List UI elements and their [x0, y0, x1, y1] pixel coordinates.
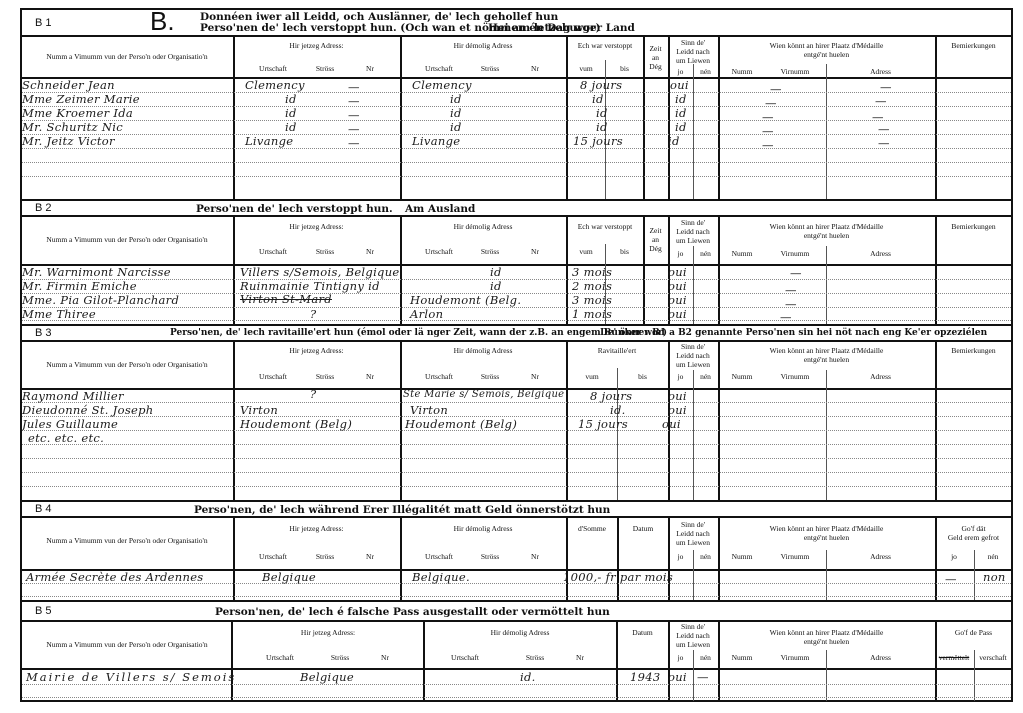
header-virnumm: Virnumm: [770, 249, 820, 258]
header-nr: Nr: [565, 653, 595, 662]
header-current-address: Hir jetzeg Adress:: [233, 628, 423, 637]
header-jo: jo: [668, 249, 693, 258]
header-sinn: Sinn de': [668, 218, 718, 227]
header-hidden: Ech war verstoppt: [567, 41, 643, 50]
col-line: [233, 216, 235, 325]
header-jo: jo: [668, 653, 693, 662]
header-gof-pass: Go'f de Pass: [935, 628, 1012, 637]
header-nr: Nr: [370, 653, 400, 662]
header-medal-2: entgé'nt huelen: [718, 355, 935, 364]
header-vum: vum: [567, 247, 605, 256]
header-nr: Nr: [355, 247, 385, 256]
b3-row-alive-yes: oui: [668, 403, 687, 417]
header-nr: Nr: [520, 552, 550, 561]
header-sinn-leidd: Leidd nach: [668, 529, 718, 538]
col-line: [643, 216, 645, 325]
header-somme: d'Somme: [566, 524, 618, 533]
b2-row-curr: Virton St-Mard: [240, 292, 332, 306]
col-line: [718, 517, 720, 600]
header-medal-2: entgé'nt huelen: [718, 50, 935, 59]
b4-row-money-back-yes: —: [945, 572, 957, 586]
header-vum: vum: [567, 372, 617, 381]
b1-row-alive-yes: oui: [670, 78, 689, 92]
b3-row-prev: Houdemont (Belg): [405, 417, 517, 431]
header-zeit-deg: Dég: [643, 244, 668, 253]
header-sinn: Sinn de': [668, 342, 718, 351]
col-line: [935, 341, 937, 500]
col-line: [423, 621, 425, 701]
b2-row-from: 3 mois: [572, 265, 612, 279]
divider: [20, 620, 1013, 622]
b3-row-alive-yes: oui: [662, 417, 681, 431]
header-hidden: Ech war verstoppt: [567, 222, 643, 231]
header-zeit: Zeit: [643, 44, 668, 53]
header-current-address: Hir jetzeg Adress:: [233, 222, 400, 231]
header-datum: Datum: [617, 628, 668, 637]
b1-row-from: id: [596, 120, 608, 134]
col-line: [616, 621, 618, 701]
b2-row-from: 2 mois: [572, 279, 612, 293]
col-line: [935, 216, 937, 325]
col-line: [693, 650, 694, 701]
header-jo: jo: [668, 552, 693, 561]
header-vum: vum: [567, 64, 605, 73]
b5-row-curr: Belgique: [300, 670, 354, 684]
header-current-address: Hir jetzeg Adress:: [233, 41, 400, 50]
header-numm: Numm: [722, 67, 762, 76]
b1-row-medal-addr: —: [878, 122, 890, 136]
b3-row-curr: Virton: [240, 403, 278, 417]
section-b2-title: Perso'nen de' lech verstoppt hun.: [196, 203, 393, 215]
b1-row-medal-addr: —: [875, 94, 887, 108]
b2-row-curr: Ruinmainie Tintigny id: [240, 279, 380, 293]
header-virnumm: Virnumm: [770, 67, 820, 76]
col-line: [693, 550, 694, 600]
b3-row-name: etc. etc. etc.: [28, 431, 104, 445]
divider: [20, 215, 1013, 217]
header-stross: Ströss: [305, 372, 345, 381]
row-line: [22, 279, 1011, 280]
section-b1-id: B 1: [35, 17, 52, 29]
header-sinn-leidd: Leidd nach: [668, 47, 718, 56]
header-nen: nén: [693, 552, 718, 561]
col-line: [233, 517, 235, 600]
b3-row-curr: ?: [310, 387, 316, 401]
header-name: Numm a Vimumm vun der Perso'n oder Organ…: [22, 52, 232, 61]
b1-row-curr-street: —: [348, 136, 360, 150]
header-stross: Ströss: [470, 552, 510, 561]
header-virnumm: Virnumm: [770, 653, 820, 662]
b4-row-money-back-no: non: [983, 570, 1006, 584]
header-ravitailleert: Ravitaille'ert: [567, 346, 667, 355]
b1-row-curr-town: id: [285, 92, 297, 106]
section-b1-title-suffix: Hei am letzeburger Land: [488, 22, 635, 34]
col-line: [668, 621, 670, 701]
header-name: Numm a Vimumm vun der Perso'n oder Organ…: [22, 235, 232, 244]
header-current-address: Hir jetzeg Adress:: [233, 346, 400, 355]
b2-row-name: Mme Thiree: [22, 307, 96, 321]
section-divider: [20, 324, 1013, 326]
b2-row-medal: —: [780, 310, 792, 324]
header-stross: Ströss: [305, 247, 345, 256]
b1-row-curr-street: —: [348, 80, 360, 94]
b2-row-name: Mme. Pia Gilot-Planchard: [22, 293, 179, 307]
col-line: [693, 64, 694, 200]
b1-row-name: Schneider Jean: [22, 78, 115, 92]
header-stross: Ströss: [305, 64, 345, 73]
col-line: [826, 650, 827, 701]
col-line: [826, 64, 827, 200]
header-stross: Ströss: [470, 247, 510, 256]
header-zeit-an: an: [643, 235, 668, 244]
b3-row-name: Jules Guillaume: [22, 417, 118, 431]
header-zeit-deg: Dég: [643, 62, 668, 71]
col-line: [935, 621, 937, 701]
header-nen: nén: [693, 653, 718, 662]
header-nr: Nr: [520, 64, 550, 73]
b1-row-prev-town: id: [450, 92, 462, 106]
header-nr: Nr: [520, 247, 550, 256]
header-vermettelt: vermëttelt: [935, 653, 973, 662]
header-name: Numm a Vimumm vun der Perso'n oder Organ…: [22, 536, 232, 545]
b1-row-medal-name: —: [762, 138, 774, 152]
b1-row-from: id: [592, 92, 604, 106]
b3-row-prev: Virton: [410, 403, 448, 417]
header-medal-2: entgé'nt huelen: [718, 637, 935, 646]
section-b3-title: Perso'nen, de' lech ravitaille'ert hun (…: [170, 328, 667, 338]
header-zeit-an: an: [643, 53, 668, 62]
header-stross: Ströss: [320, 653, 360, 662]
row-line: [22, 472, 1011, 473]
b1-row-name: Mme Kroemer Ida: [22, 106, 133, 120]
header-sinn-liewen: um Liewen: [668, 538, 718, 547]
col-line: [617, 368, 618, 500]
header-urtschaft: Urtschaft: [248, 247, 298, 256]
col-line: [231, 621, 233, 701]
col-line: [693, 246, 694, 325]
header-remarks: Bemierkungen: [935, 41, 1012, 50]
header-nen: nén: [974, 552, 1012, 561]
b3-row-from: id.: [610, 403, 626, 417]
header-gof-geld-2: Geld erem gefrot: [935, 533, 1012, 542]
b2-row-curr: ?: [310, 307, 316, 321]
col-line: [566, 517, 568, 600]
header-adress: Adress: [826, 67, 935, 76]
header-zeit: Zeit: [643, 226, 668, 235]
row-line: [22, 320, 1011, 321]
header-bis: bis: [606, 247, 643, 256]
row-line: [22, 458, 1011, 459]
b1-row-prev-town: Clemency: [412, 78, 472, 92]
b1-row-prev-town: Livange: [412, 134, 460, 148]
header-medal: Wien könnt an hirer Plaatz d'Médaille: [718, 222, 935, 231]
header-adress: Adress: [826, 372, 935, 381]
b3-row-name: Raymond Millier: [22, 389, 124, 403]
header-urtschaft: Urtschaft: [248, 372, 298, 381]
b1-row-medal-name: —: [770, 82, 782, 96]
col-line: [668, 517, 670, 600]
b2-row-alive-yes: oui: [668, 265, 687, 279]
col-line: [400, 341, 402, 500]
header-urtschaft: Urtschaft: [414, 372, 464, 381]
header-nen: nén: [693, 372, 718, 381]
header-nen: nén: [693, 67, 718, 76]
b2-row-medal: —: [785, 297, 797, 311]
b2-row-prev: id: [490, 265, 502, 279]
header-adress: Adress: [826, 249, 935, 258]
header-adress: Adress: [826, 552, 935, 561]
header-adress: Adress: [826, 653, 935, 662]
b2-row-prev: id: [490, 279, 502, 293]
section-b5-id: B 5: [35, 605, 52, 617]
b1-row-curr-town: id: [285, 106, 297, 120]
b5-row-prev: id.: [520, 670, 536, 684]
header-medal: Wien könnt an hirer Plaatz d'Médaille: [718, 524, 935, 533]
b2-row-curr: Villers s/Semois, Belgique: [240, 265, 400, 279]
row-line: [22, 307, 1011, 308]
header-sinn: Sinn de': [668, 622, 718, 631]
header-sinn: Sinn de': [668, 38, 718, 47]
header-name: Numm a Vimumm vun der Perso'n oder Organ…: [22, 640, 232, 649]
col-line: [826, 550, 827, 600]
b1-row-alive-yes: id: [675, 120, 687, 134]
col-line: [566, 341, 568, 500]
header-sinn-leidd: Leidd nach: [668, 631, 718, 640]
header-numm: Numm: [722, 372, 762, 381]
section-b2-id: B 2: [35, 202, 52, 214]
b2-row-prev: Houdemont (Belg.: [410, 293, 521, 307]
b4-row-prev: Belgique.: [412, 570, 470, 584]
row-line: [22, 176, 1011, 177]
section-divider: [20, 600, 1013, 602]
header-medal: Wien könnt an hirer Plaatz d'Médaille: [718, 41, 935, 50]
row-line: [22, 120, 1011, 121]
header-datum: Datum: [618, 524, 668, 533]
b4-row-name: Armée Secrète des Ardennes: [26, 570, 204, 584]
header-verschaft: verschaft: [974, 653, 1012, 662]
header-bis: bis: [606, 64, 643, 73]
header-nen: nén: [693, 249, 718, 258]
header-stross: Ströss: [470, 372, 510, 381]
section-divider: [20, 500, 1013, 502]
header-sinn-liewen: um Liewen: [668, 640, 718, 649]
divider: [20, 340, 1013, 342]
b1-row-prev-town: id: [450, 120, 462, 134]
b2-row-name: Mr. Firmin Emiche: [22, 279, 137, 293]
col-line: [718, 341, 720, 500]
b2-row-name: Mr. Warnimont Narcisse: [22, 265, 171, 279]
b2-row-from: 1 mois: [572, 307, 612, 321]
section-b4-id: B 4: [35, 503, 52, 515]
col-line: [566, 216, 568, 325]
header-sinn-liewen: um Liewen: [668, 236, 718, 245]
b3-row-alive-yes: oui: [668, 389, 687, 403]
header-nr: Nr: [355, 64, 385, 73]
divider: [20, 516, 1013, 518]
b2-row-from: 3 mois: [572, 293, 612, 307]
b1-row-curr-street: —: [348, 122, 360, 136]
section-b4-title: Perso'nen, de' lech während Erer Illégal…: [194, 504, 610, 516]
header-former-address: Hir démolig Adress: [423, 628, 617, 637]
header-virnumm: Virnumm: [770, 552, 820, 561]
b2-row-medal: —: [790, 266, 802, 280]
b1-row-name: Mr. Schuritz Nic: [22, 120, 123, 134]
b1-row-alive-yes: id: [668, 134, 680, 148]
b1-row-from: 8 jours: [580, 78, 622, 92]
b1-row-medal-addr: —: [880, 80, 892, 94]
header-stross: Ströss: [515, 653, 555, 662]
b1-row-curr-street: —: [348, 94, 360, 108]
header-jo: jo: [668, 372, 693, 381]
row-line: [22, 697, 1011, 698]
header-urtschaft: Urtschaft: [414, 247, 464, 256]
section-b2-title-suffix: Am Ausland: [405, 203, 475, 215]
row-line: [22, 684, 1011, 685]
header-remarks: Bemierkungen: [935, 346, 1012, 355]
header-stross: Ströss: [305, 552, 345, 561]
b1-row-curr-town: Livange: [245, 134, 293, 148]
row-line: [22, 402, 1011, 403]
section-b3-title-suffix: De' önner B1 a B2 genannte Perso'nen sin…: [600, 328, 987, 338]
header-urtschaft: Urtschaft: [440, 653, 490, 662]
header-numm: Numm: [722, 249, 762, 258]
header-numm: Numm: [722, 552, 762, 561]
header-current-address: Hir jetzeg Adress:: [233, 524, 400, 533]
header-sinn-liewen: um Liewen: [668, 360, 718, 369]
col-line: [935, 517, 937, 600]
b4-row-amount: 1000,- fr par mois: [563, 570, 673, 584]
col-line: [693, 370, 694, 500]
header-jo: jo: [935, 552, 973, 561]
header-medal-2: entgé'nt huelen: [718, 231, 935, 240]
header-nr: Nr: [355, 552, 385, 561]
row-line: [22, 162, 1011, 163]
b2-row-medal: —: [785, 283, 797, 297]
header-former-address: Hir démolig Adress: [400, 524, 566, 533]
b1-row-alive-yes: id: [675, 106, 687, 120]
form-letter: B.: [150, 6, 175, 37]
b3-row-name: Dieudonné St. Joseph: [22, 403, 154, 417]
b2-row-prev: Arlon: [410, 307, 443, 321]
col-line: [233, 341, 235, 500]
b1-row-medal-name: —: [765, 96, 777, 110]
header-urtschaft: Urtschaft: [414, 552, 464, 561]
row-line: [22, 92, 1011, 93]
b5-row-alive-no: —: [697, 670, 709, 684]
header-urtschaft: Urtschaft: [255, 653, 305, 662]
row-line: [22, 148, 1011, 149]
b5-row-name: Mairie de Villers s/ Semois: [26, 670, 236, 684]
b2-row-alive-yes: oui: [668, 279, 687, 293]
header-former-address: Hir démolig Adress: [400, 346, 566, 355]
header-jo: jo: [668, 67, 693, 76]
row-line: [22, 134, 1011, 135]
row-line: [22, 444, 1011, 445]
b1-row-name: Mr. Jeitz Victor: [22, 134, 115, 148]
b1-row-name: Mme Zeimer Marie: [22, 92, 140, 106]
col-line: [718, 216, 720, 325]
header-virnumm: Virnumm: [770, 372, 820, 381]
b1-row-prev-town: id: [450, 106, 462, 120]
b2-row-alive-yes: oui: [668, 293, 687, 307]
col-line: [826, 370, 827, 500]
b1-row-medal-addr: —: [878, 136, 890, 150]
b1-row-curr-town: id: [285, 120, 297, 134]
section-divider: [20, 199, 1013, 201]
row-line: [22, 106, 1011, 107]
header-sinn: Sinn de': [668, 520, 718, 529]
b1-row-medal-name: —: [762, 124, 774, 138]
header-nr: Nr: [520, 372, 550, 381]
header-sinn-leidd: Leidd nach: [668, 227, 718, 236]
header-urtschaft: Urtschaft: [248, 64, 298, 73]
row-line: [22, 486, 1011, 487]
b1-row-curr-street: —: [348, 108, 360, 122]
header-urtschaft: Urtschaft: [248, 552, 298, 561]
section-b5-title: Person'nen, de' lech é falsche Pass ausg…: [215, 606, 610, 618]
b5-row-date: 1943: [630, 670, 660, 684]
row-line: [22, 596, 1011, 597]
b1-row-alive-yes: id: [675, 92, 687, 106]
section-b3-id: B 3: [35, 327, 52, 339]
b5-row-alive-yes: oui: [668, 670, 687, 684]
b1-row-medal-name: —: [762, 110, 774, 124]
header-former-address: Hir démolig Adress: [400, 41, 566, 50]
b3-row-from: 15 jours: [578, 417, 628, 431]
divider: [20, 35, 1013, 37]
col-line: [974, 650, 975, 701]
b3-row-prev: Ste Marie s/ Semois, Belgique: [403, 389, 564, 400]
col-line: [617, 517, 619, 600]
col-line: [718, 621, 720, 701]
b3-row-from: 8 jours: [590, 389, 632, 403]
b1-row-from: id: [596, 106, 608, 120]
col-line: [400, 216, 402, 325]
header-sinn-leidd: Leidd nach: [668, 351, 718, 360]
col-line: [974, 550, 975, 600]
header-former-address: Hir démolig Adress: [400, 222, 566, 231]
header-bis: bis: [618, 372, 667, 381]
header-medal-2: entgé'nt huelen: [718, 533, 935, 542]
divider: [20, 77, 1013, 79]
header-nr: Nr: [355, 372, 385, 381]
col-line: [826, 246, 827, 325]
b1-row-from: 15 jours: [573, 134, 623, 148]
header-numm: Numm: [722, 653, 762, 662]
header-gof-geld: Go'f dät: [935, 524, 1012, 533]
b4-row-curr: Belgique: [262, 570, 316, 584]
header-medal: Wien könnt an hirer Plaatz d'Médaille: [718, 628, 935, 637]
col-line: [400, 517, 402, 600]
header-remarks: Bemierkungen: [935, 222, 1012, 231]
b3-row-curr: Houdemont (Belg): [240, 417, 352, 431]
b2-row-alive-yes: oui: [668, 307, 687, 321]
header-medal: Wien könnt an hirer Plaatz d'Médaille: [718, 346, 935, 355]
b1-row-curr-town: Clemency: [245, 78, 305, 92]
header-urtschaft: Urtschaft: [414, 64, 464, 73]
header-stross: Ströss: [470, 64, 510, 73]
header-name: Numm a Vimumm vun der Perso'n oder Organ…: [22, 360, 232, 369]
